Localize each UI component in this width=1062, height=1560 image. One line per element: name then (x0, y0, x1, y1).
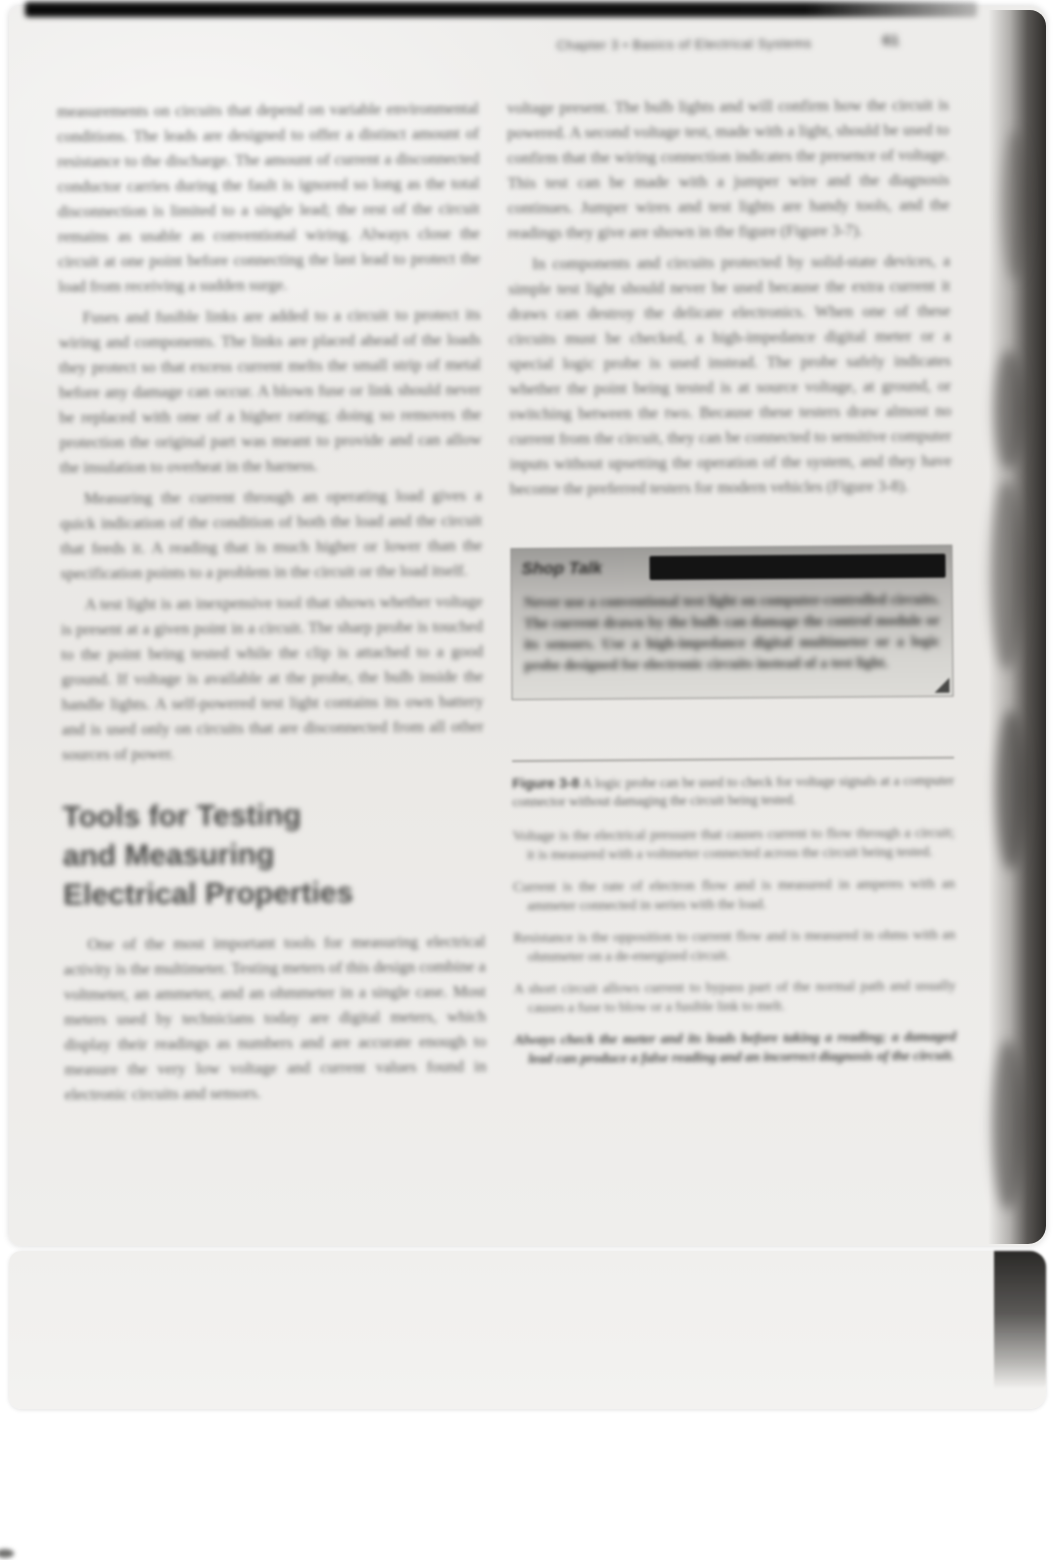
figure-caption-label: Figure 3-8 (512, 775, 579, 792)
scan-blotch (994, 350, 1024, 470)
summary-notes: Voltage is the electrical pressure that … (513, 824, 957, 1069)
shop-talk-black-bar (649, 554, 945, 580)
page-number: 61 (882, 32, 899, 49)
running-head: Chapter 3 • Basics of Electrical Systems (556, 35, 866, 52)
column-rule (512, 757, 954, 762)
paragraph: measurements on circuits that depend on … (57, 96, 481, 299)
scan-blotch (990, 480, 1024, 670)
scan-artifact (0, 1549, 14, 1558)
section-heading-line: Tools for Testing (62, 794, 484, 836)
scan-blotch (992, 1040, 1024, 1210)
figure-caption: Figure 3-8 A logic probe can be used to … (512, 771, 954, 811)
page-dogear (934, 678, 949, 693)
shop-talk-box: Shop Talk Never use a conventional test … (510, 545, 953, 700)
note-item: A short circuit allows current to bypass… (514, 977, 956, 1018)
paragraph: A test light is an inexpensive tool that… (61, 589, 484, 767)
paragraph: In components and circuits protected by … (508, 249, 952, 502)
section-heading-line: and Measuring (63, 833, 485, 875)
note-item: Voltage is the electrical pressure that … (513, 824, 955, 865)
page-content: Chapter 3 • Basics of Electrical Systems… (4, 2, 1051, 1250)
binding-shadow (988, 10, 1046, 1244)
paragraph: Fuses and fusible links are added to a c… (58, 302, 481, 480)
scan-blotch (996, 710, 1026, 870)
paragraph: One of the most important tools for meas… (63, 929, 486, 1107)
scan-blotch (1002, 130, 1028, 280)
note-item: Current is the rate of electron flow and… (513, 875, 955, 916)
shop-talk-label: Shop Talk (517, 554, 649, 585)
paragraph: voltage present. The bulb lights and wil… (507, 93, 950, 246)
shop-talk-body: Never use a conventional test light on c… (524, 590, 941, 677)
note-item: Resistance is the opposition to current … (513, 926, 955, 967)
scanned-page-bottom-strip (9, 1251, 1046, 1409)
shop-talk-header: Shop Talk (517, 552, 945, 585)
scanned-page: Chapter 3 • Basics of Electrical Systems… (9, 6, 1046, 1246)
section-heading: Tools for Testing and Measuring Electric… (62, 794, 485, 914)
paragraph: Measuring the current through an operati… (60, 483, 483, 586)
binding-shadow-bottom (994, 1251, 1046, 1389)
right-column: voltage present. The bulb lights and wil… (507, 93, 957, 1082)
left-column: measurements on circuits that depend on … (57, 96, 487, 1113)
section-heading-line: Electrical Properties (63, 872, 485, 914)
note-item: Always check the meter and its leads bef… (514, 1028, 956, 1069)
figure-caption-text: A logic probe can be used to check for v… (512, 773, 954, 809)
